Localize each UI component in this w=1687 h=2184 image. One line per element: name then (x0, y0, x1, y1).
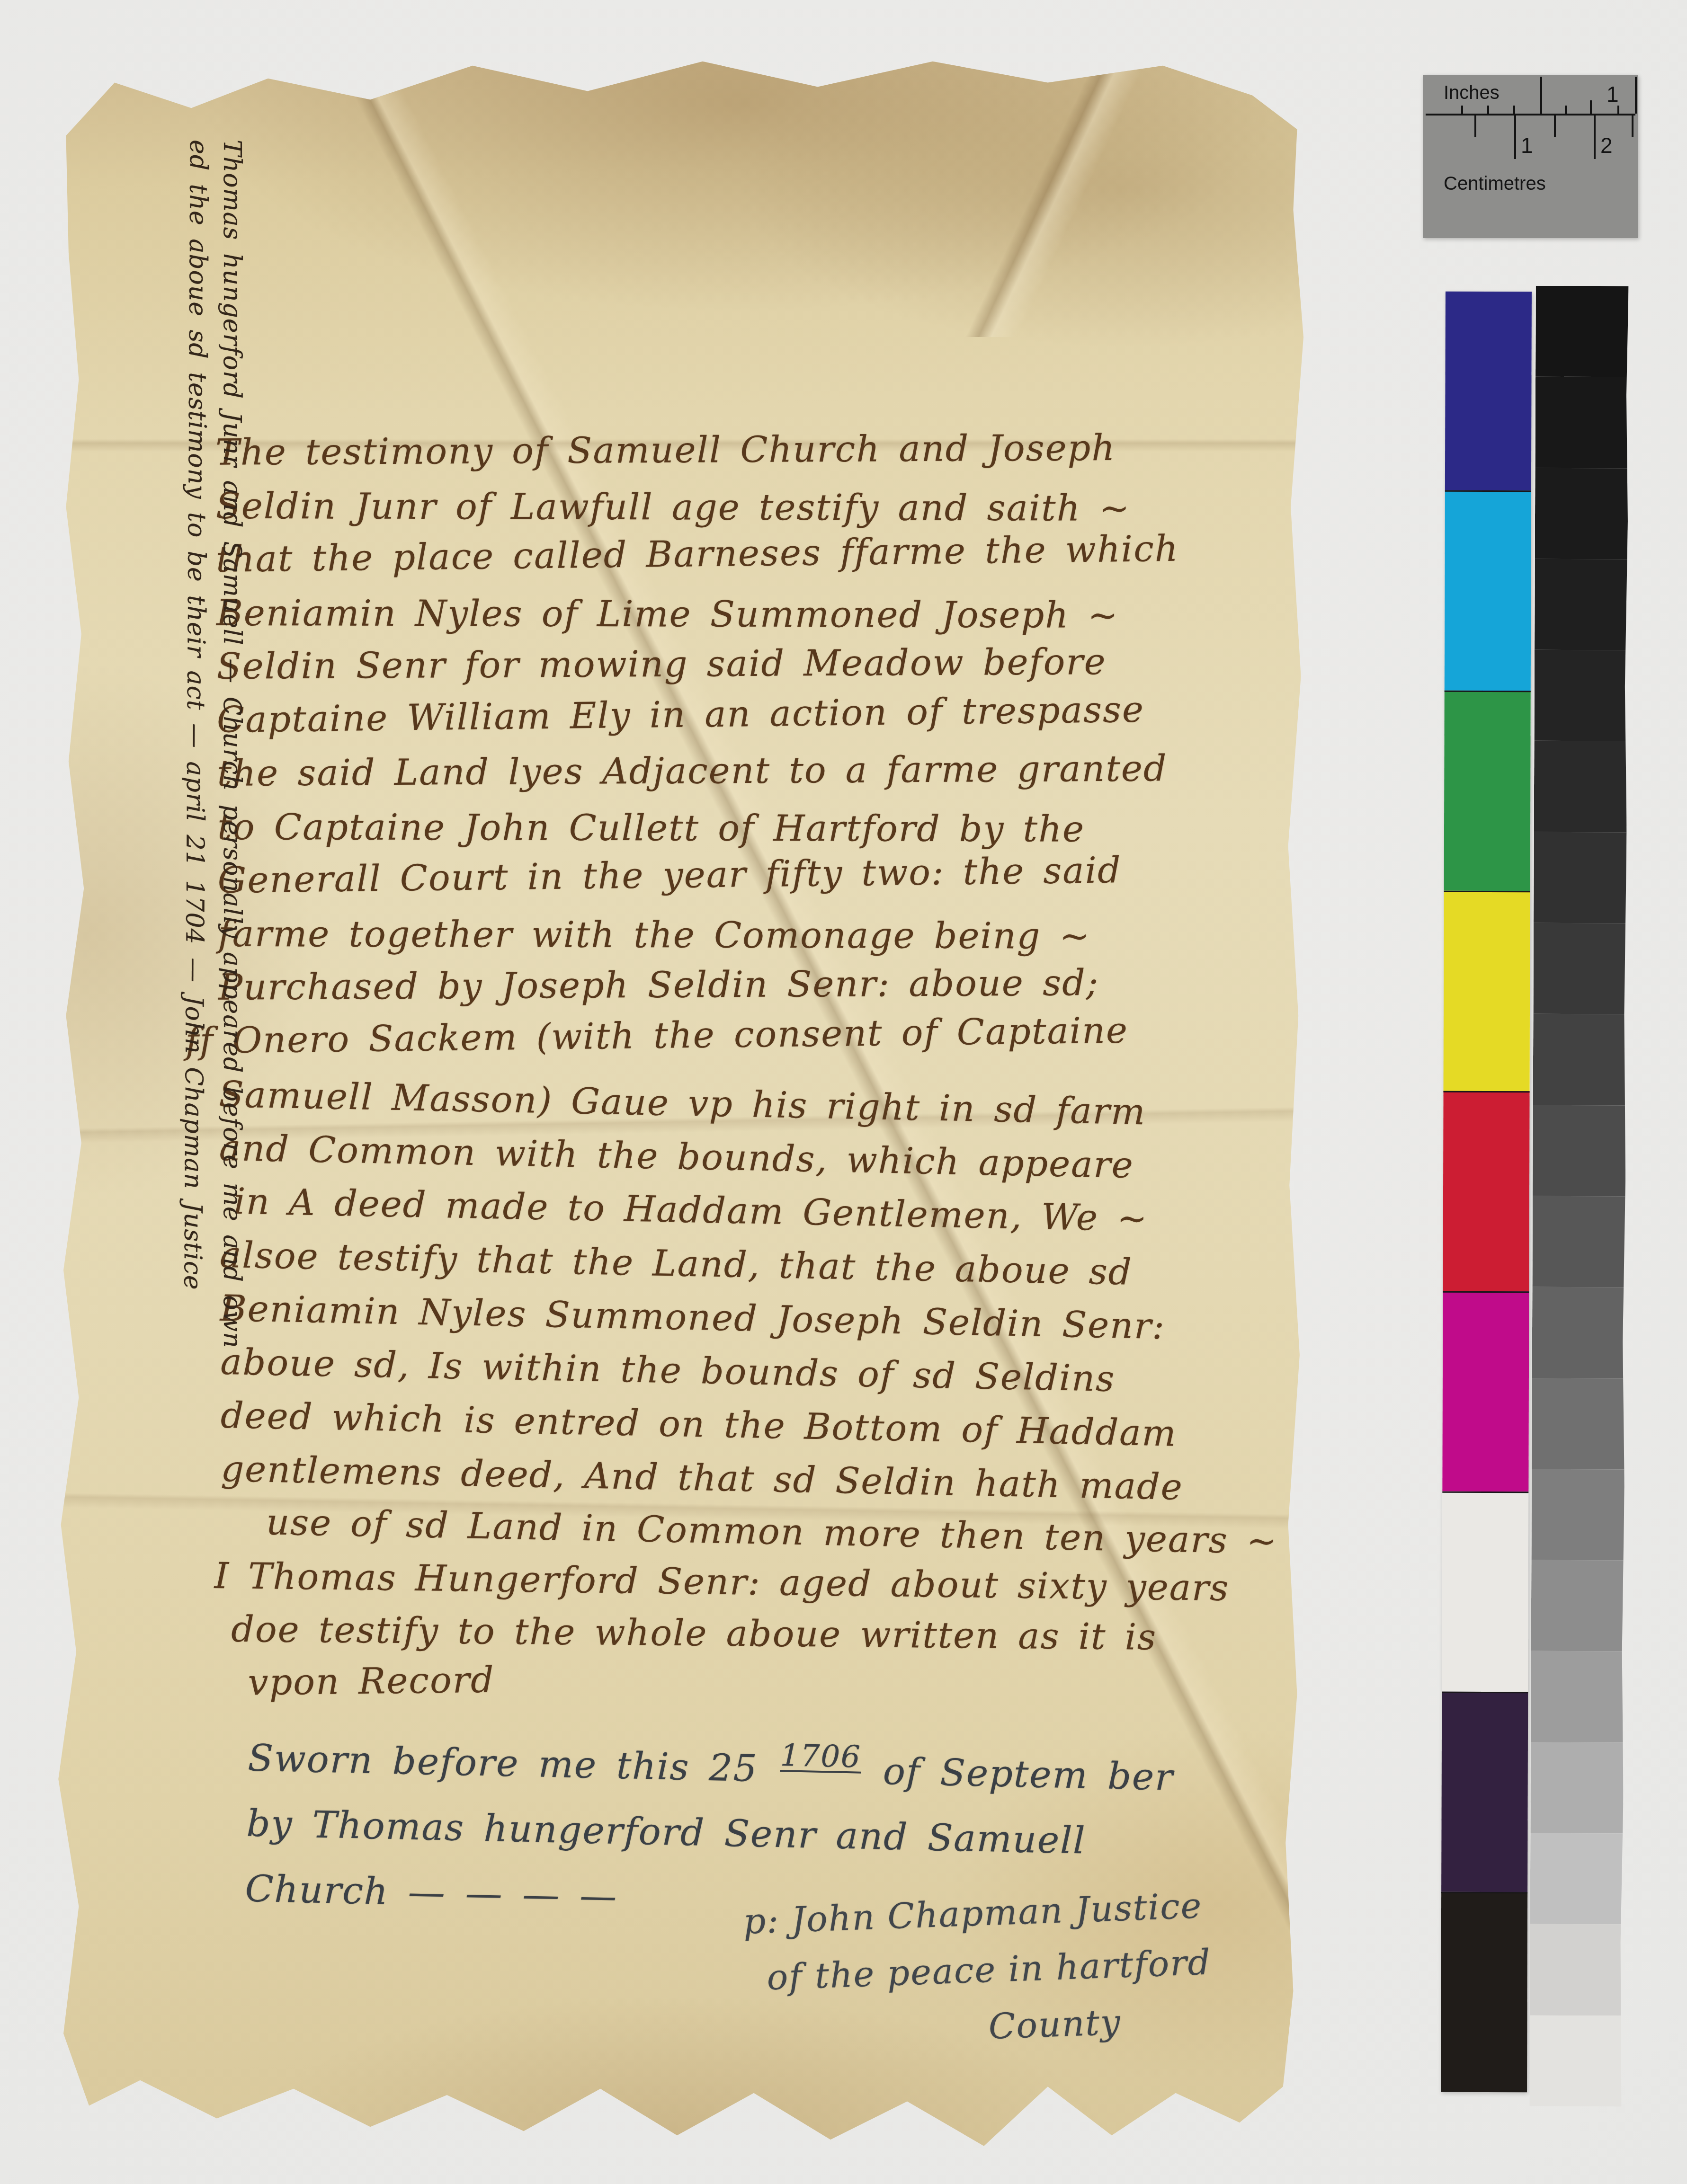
manuscript-line: Beniamin Nyles of Lime Summoned Joseph ~ (216, 592, 1273, 648)
testimony-text: The testimony of Samuell Church and Jose… (215, 426, 1279, 1715)
manuscript-line: farme together with the Comonage being ~ (218, 913, 1275, 969)
gray-step (1531, 1469, 1625, 1561)
gray-step (1533, 923, 1626, 1014)
inch-tick-half (1590, 100, 1592, 114)
cm-tick-half (1554, 115, 1556, 137)
margin-line: Thomas hungerford Junr and Samuell — Chu… (208, 140, 246, 1787)
color-patch (1441, 1892, 1527, 2092)
margin-line: ed the aboue sd testimony to be their ac… (166, 140, 213, 1787)
inch-tick (1565, 106, 1567, 114)
color-patch (1445, 490, 1531, 691)
paper-fold-crease (805, 40, 1316, 337)
color-calibration-strip (1441, 292, 1532, 2092)
color-patch (1444, 691, 1531, 891)
gray-step (1532, 1196, 1625, 1287)
color-patch (1443, 1091, 1529, 1291)
gray-step (1533, 1014, 1626, 1105)
gray-step (1535, 377, 1628, 468)
gray-step (1534, 832, 1627, 923)
manuscript-line: the said Land lyes Adjacent to a farme g… (217, 746, 1274, 806)
gray-step (1530, 1833, 1624, 1925)
signature-line-3: County (896, 1999, 1214, 2067)
cm-tick-major (1594, 115, 1596, 159)
inch-tick (1513, 106, 1515, 114)
cm-tick-half (1474, 115, 1476, 137)
ruler-baseline (1426, 114, 1635, 115)
cm-tick-half (1632, 115, 1633, 137)
sworn-year-superscript: 1706 (780, 1742, 861, 1773)
color-patch (1441, 1692, 1528, 1892)
ruler-card: Inches 1 1 2 Centimetres (1423, 75, 1638, 238)
color-patch (1442, 1291, 1529, 1492)
gray-step (1534, 741, 1627, 832)
gray-step (1531, 1560, 1625, 1651)
photo-scene: The testimony of Samuell Church and Jose… (0, 0, 1687, 2184)
sworn-line-1-post: of Septem ber (883, 1750, 1174, 1799)
inch-numeral: 1 (1607, 81, 1619, 107)
manuscript-line: Generall Court in the year fifty two: th… (217, 847, 1275, 913)
justice-signature: p: John Chapman Justice of the peace in … (736, 1885, 1214, 2072)
manuscript-line: The testimony of Samuell Church and Jose… (215, 426, 1272, 485)
gray-step (1535, 286, 1629, 377)
gray-step (1535, 468, 1628, 559)
gray-step (1530, 1742, 1624, 1833)
gray-step (1534, 650, 1627, 741)
centimetres-label: Centimetres (1444, 173, 1546, 195)
gray-step (1532, 1378, 1625, 1469)
cm-numeral-1: 1 (1521, 133, 1533, 158)
cm-numeral-2: 2 (1600, 133, 1613, 158)
margin-attestation-note: Thomas hungerford Junr and Samuell — Chu… (170, 140, 246, 1787)
manuscript-line: Captaine William Ely in an action of tre… (217, 687, 1274, 752)
gray-step (1529, 2015, 1623, 2106)
grayscale-calibration-strip (1529, 286, 1628, 2107)
gray-step (1531, 1651, 1624, 1742)
inch-tick-major (1635, 77, 1637, 114)
inch-tick (1461, 106, 1463, 114)
gray-step (1530, 1924, 1623, 2015)
manuscript-line: that the place called Barneses ffarme th… (216, 526, 1273, 592)
inches-label: Inches (1444, 82, 1500, 104)
color-patch (1444, 891, 1530, 1091)
inch-tick-major (1540, 77, 1542, 114)
cm-tick-major (1514, 115, 1516, 159)
gray-step (1535, 559, 1628, 650)
inch-tick (1487, 106, 1489, 114)
color-patch (1445, 292, 1532, 490)
manuscript-line: vpon Record (248, 1650, 1279, 1715)
gray-step (1532, 1287, 1625, 1378)
color-patch (1442, 1492, 1528, 1692)
gray-step (1533, 1105, 1626, 1196)
